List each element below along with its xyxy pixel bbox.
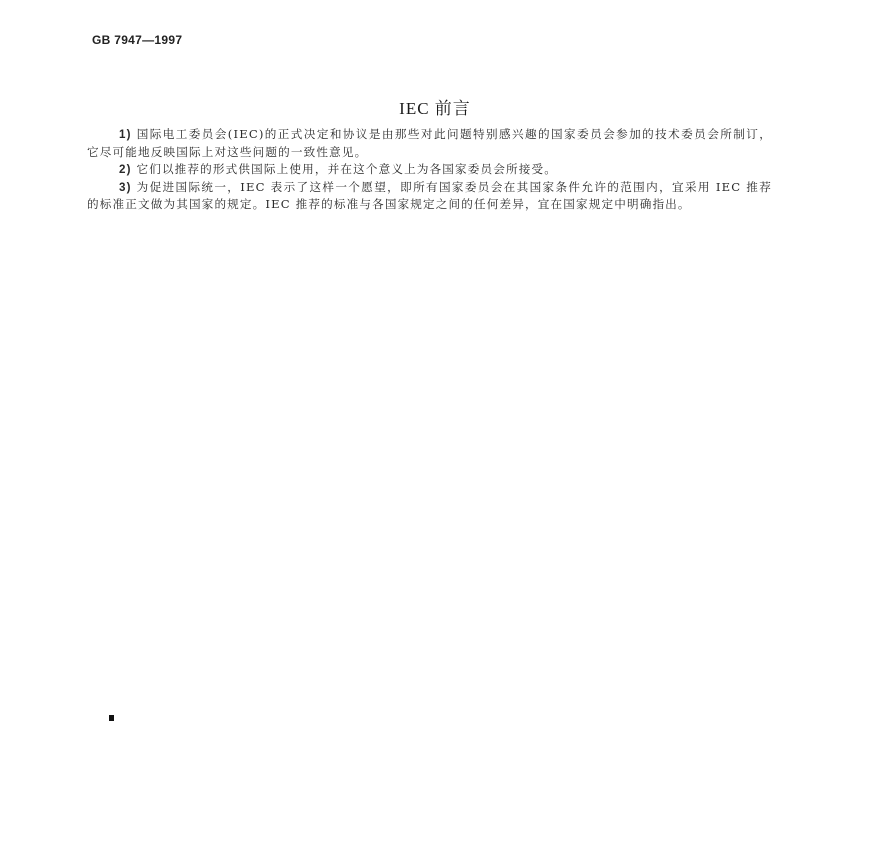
paragraph-text: 它们以推荐的形式供国际上使用，并在这个意义上为各国家委员会所接受。 [136,162,557,176]
page-title: IEC 前言 [0,94,870,119]
paragraph-2: 2) 它们以推荐的形式供国际上使用，并在这个意义上为各国家委员会所接受。 [87,161,772,179]
standard-code-header: GB 7947—1997 [92,33,182,47]
paragraph-text: 国际电工委员会(IEC)的正式决定和协议是由那些对此问题特别感兴趣的国家委员会参… [87,127,772,159]
paragraph-1: 1) 国际电工委员会(IEC)的正式决定和协议是由那些对此问题特别感兴趣的国家委… [87,126,772,161]
paragraph-number: 1) [119,128,132,141]
paragraph-number: 3) [119,181,132,194]
page-mark-icon [109,715,114,721]
document-body: 1) 国际电工委员会(IEC)的正式决定和协议是由那些对此问题特别感兴趣的国家委… [87,126,772,214]
paragraph-3: 3) 为促进国际统一，IEC 表示了这样一个愿望，即所有国家委员会在其国家条件允… [87,179,772,214]
paragraph-text: 为促进国际统一，IEC 表示了这样一个愿望，即所有国家委员会在其国家条件允许的范… [87,180,772,212]
paragraph-number: 2) [119,163,132,176]
